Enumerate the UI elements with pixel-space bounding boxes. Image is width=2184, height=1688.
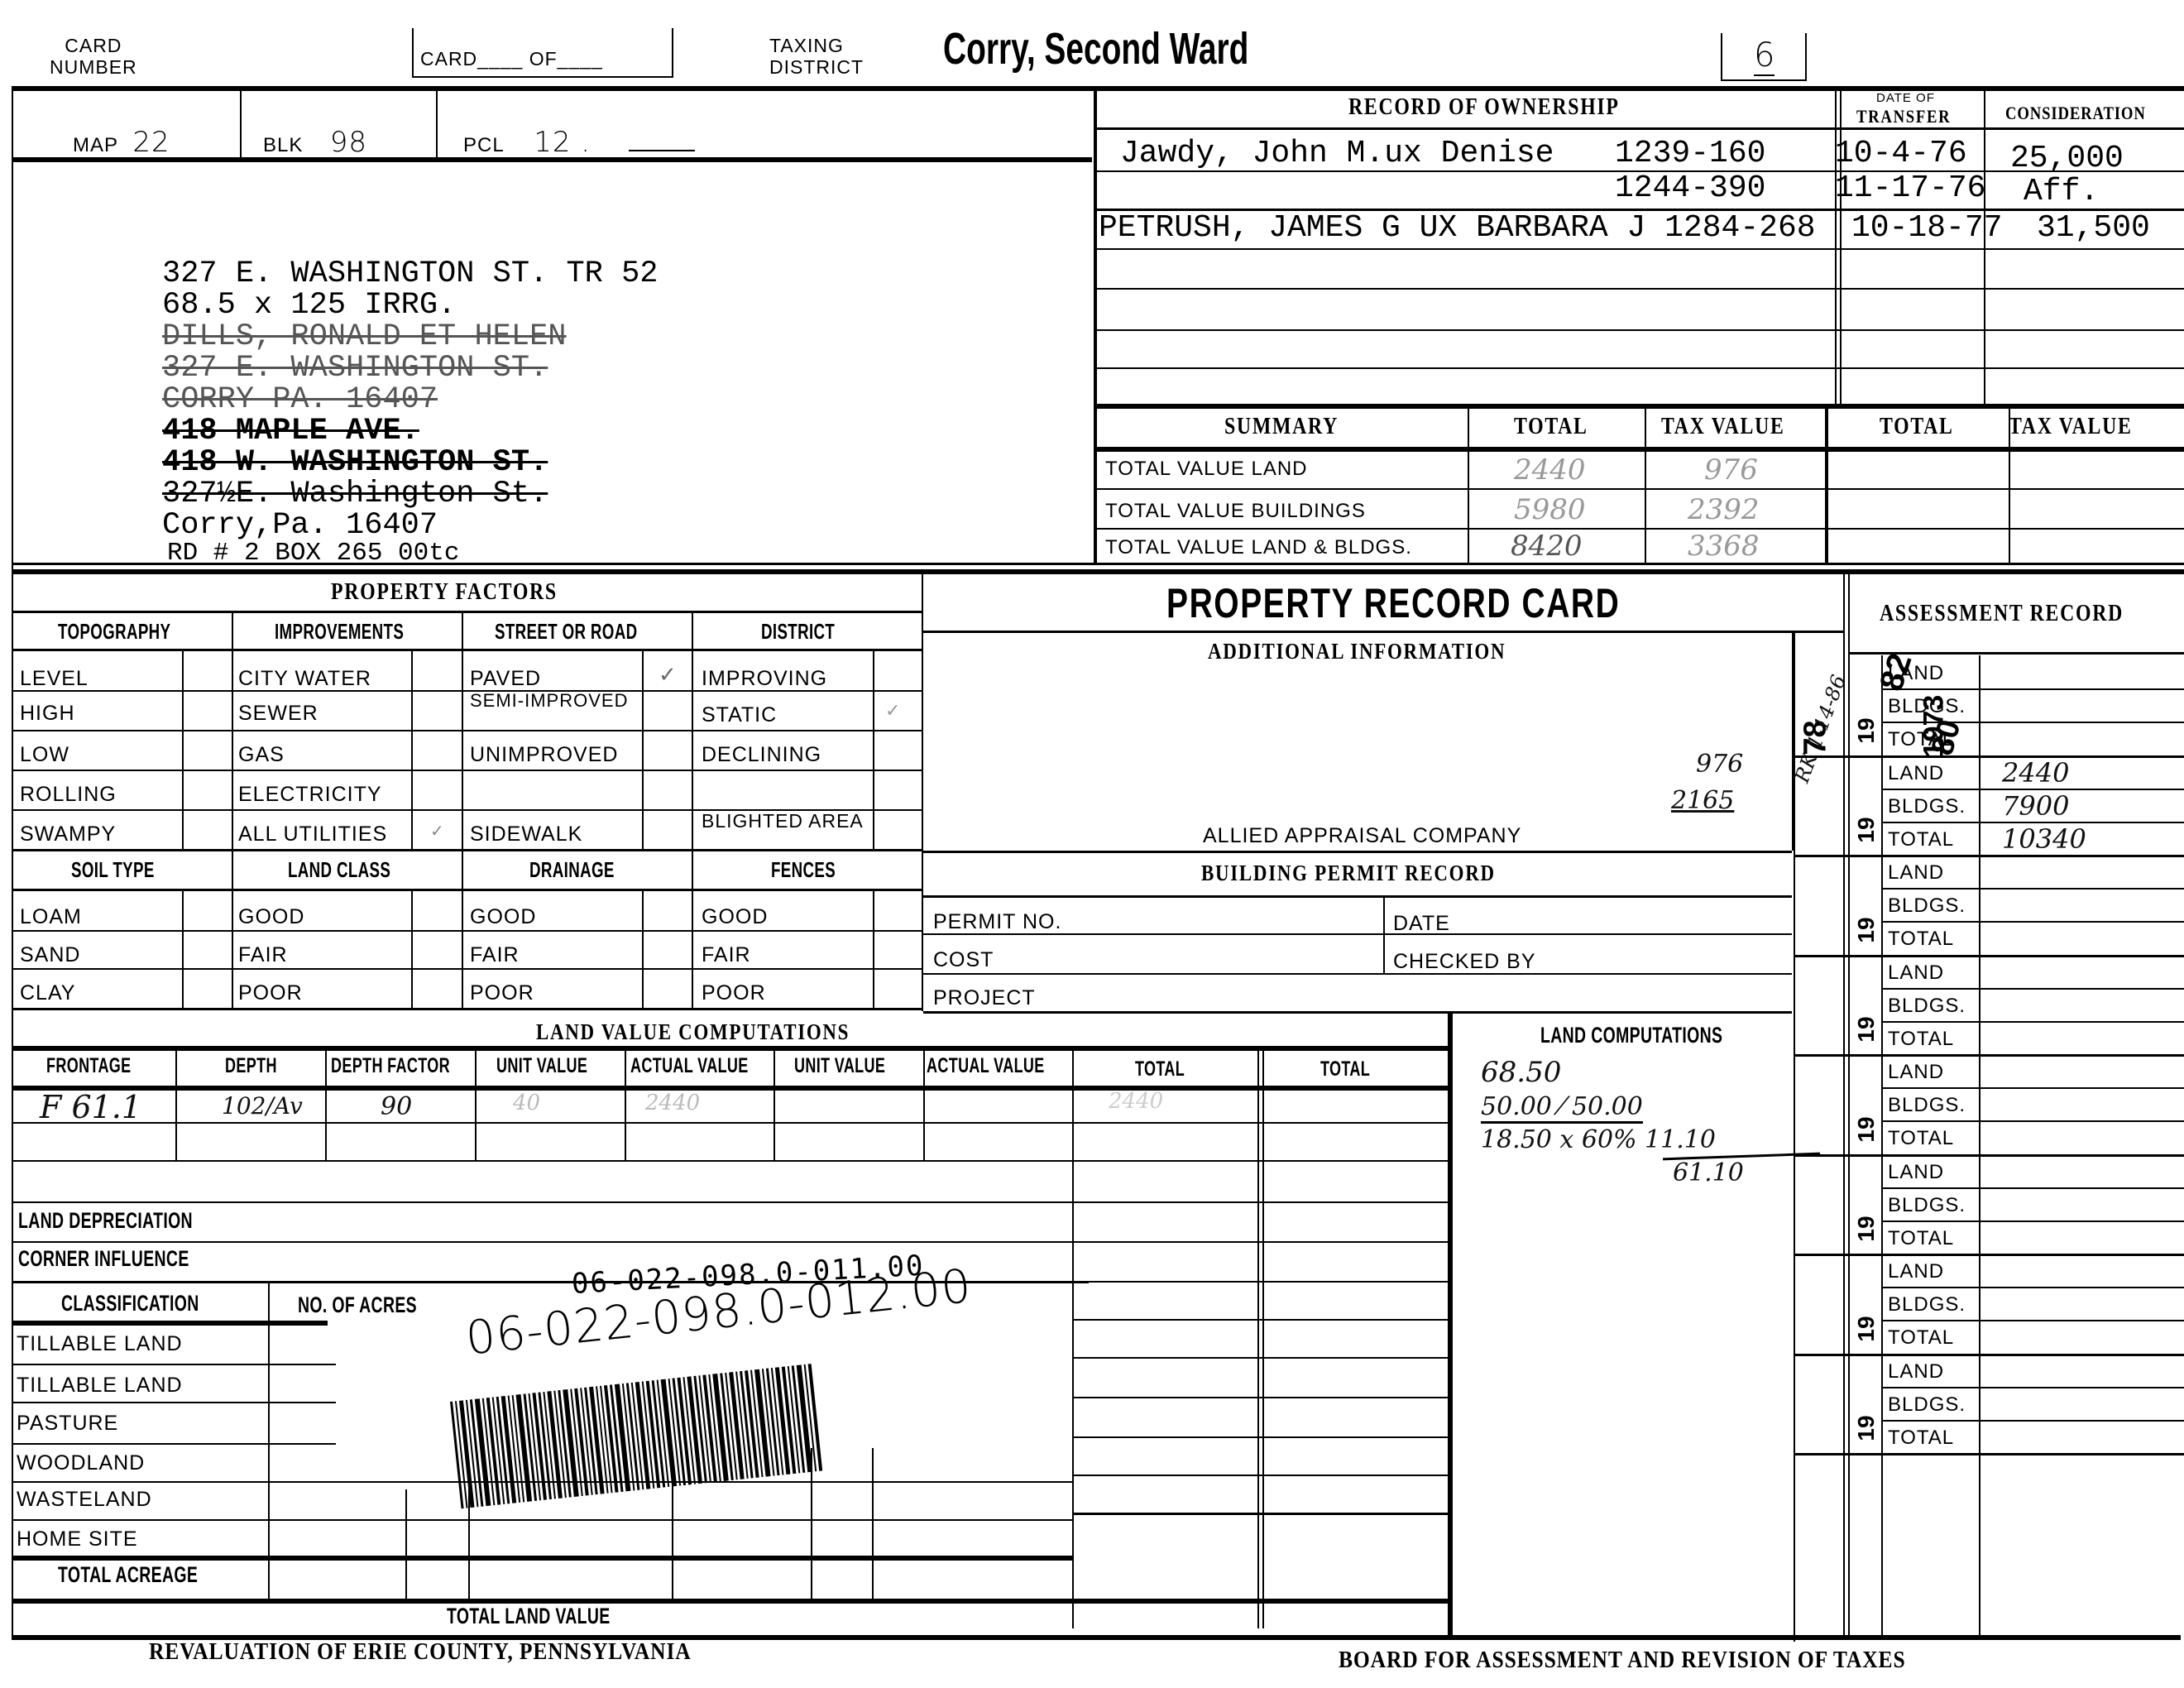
rule	[13, 611, 922, 613]
classification-item: WASTELAND	[17, 1488, 152, 1512]
divider	[642, 650, 644, 850]
rule	[1881, 1387, 2184, 1388]
assessment-label: TOTAL	[1888, 728, 1954, 751]
divider	[642, 890, 644, 1009]
assessment-label: LAND	[1888, 861, 1944, 885]
total-acreage-label: TOTAL ACREAGE	[58, 1562, 198, 1588]
address-line-struck: DILLS, RONALD ET HELEN	[162, 321, 659, 352]
rule	[13, 1086, 1448, 1091]
summary-col-total: TOTAL	[1514, 414, 1588, 440]
assessment-label: BLDGS.	[1888, 1194, 1966, 1217]
assessment-label: BLDGS.	[1888, 1393, 1966, 1417]
rule	[1794, 755, 2184, 758]
appraisal-company: ALLIED APPRAISAL COMPANY	[1203, 824, 1521, 848]
rule	[1881, 988, 2184, 990]
rule	[1881, 688, 2184, 690]
assessment-label: TOTAL	[1888, 1127, 1954, 1150]
rule	[923, 851, 1792, 853]
drainage-header: DRAINAGE	[529, 857, 615, 883]
assessment-label: BLDGS.	[1888, 1293, 1966, 1316]
district-header: DISTRICT	[761, 619, 835, 645]
factor-item[interactable]: FAIR	[238, 943, 288, 967]
assessment-label: LAND	[1888, 1161, 1944, 1184]
checkmark-icon[interactable]: ✓	[659, 662, 678, 688]
classification-item: PASTURE	[17, 1412, 118, 1436]
divider	[411, 650, 413, 850]
address-line-struck: 418 W. WASHINGTON ST.	[162, 447, 659, 478]
rule	[1881, 1187, 2184, 1189]
factor-item[interactable]: FAIR	[470, 943, 520, 967]
date-of-label: DATE OF	[1876, 91, 1935, 105]
land-value-title: LAND VALUE COMPUTATIONS	[536, 1019, 850, 1045]
rule	[1072, 1475, 1448, 1476]
year-prefix: 19	[1853, 1312, 1880, 1345]
summary-land-tax: 976	[1704, 453, 1758, 487]
rule	[1881, 1420, 2184, 1422]
divider	[1468, 405, 1469, 563]
checkmark-icon[interactable]: ✓	[885, 700, 901, 722]
pcl-label: PCL	[463, 134, 505, 156]
rule	[1881, 1087, 2184, 1089]
factor-item[interactable]: BLIGHTED AREA	[702, 811, 867, 831]
summary-row-label: TOTAL VALUE LAND & BLDGS.	[1105, 536, 1412, 559]
rule	[1072, 1281, 1448, 1283]
rule	[1881, 1287, 2184, 1288]
deed-ref: 1239-160	[1615, 136, 1765, 171]
assessment-label: LAND	[1888, 762, 1944, 785]
ownership-title: RECORD OF OWNERSHIP	[1348, 94, 1620, 121]
divider	[405, 1489, 407, 1600]
improvements-header: IMPROVEMENTS	[275, 619, 404, 645]
assessment-label: LAND	[1888, 662, 1944, 685]
rule	[1794, 1154, 2184, 1157]
map-value: 22	[118, 126, 184, 161]
divider	[923, 1049, 925, 1162]
permit-project-field[interactable]: PROJECT	[933, 986, 1036, 1010]
divider	[12, 573, 13, 1640]
assessment-label: BLDGS.	[1888, 995, 1966, 1018]
divider	[462, 612, 463, 1009]
divider	[873, 890, 874, 1009]
divider	[475, 1049, 477, 1162]
year-prefix: 19	[1853, 1412, 1880, 1445]
taxing-district-label: TAXING DISTRICT	[769, 35, 864, 78]
rule	[1794, 1453, 2184, 1455]
land-depreciation-label: LAND DEPRECIATION	[18, 1208, 193, 1234]
address-line-struck: 327 E. WASHINGTON ST.	[162, 352, 659, 384]
factor-item[interactable]: GOOD	[238, 905, 304, 929]
rule	[13, 849, 922, 851]
rule	[13, 1241, 1448, 1243]
card-of-box[interactable]: CARD____ OF____	[412, 28, 673, 78]
col-total-2: TOTAL	[1320, 1057, 1370, 1081]
divider	[232, 612, 233, 1009]
summary-land-total: 2440	[1514, 453, 1586, 487]
district-code: 6	[1754, 36, 1774, 76]
transfer-date: 10-18-77	[1851, 210, 2002, 246]
divider	[325, 1049, 327, 1162]
blk-field[interactable]: BLK98	[263, 126, 394, 161]
divider	[625, 1049, 626, 1162]
rule	[12, 157, 1092, 162]
rule	[1881, 1021, 2184, 1023]
summary-col-tax-value-2: TAX VALUE	[2009, 414, 2133, 440]
depth-value: 102/Av	[222, 1092, 303, 1120]
factor-item[interactable]: GOOD	[470, 905, 536, 929]
consideration: 31,500	[2037, 210, 2150, 246]
address-line-struck: 418 MAPLE AVE.	[162, 415, 659, 447]
consideration: Aff.	[2024, 174, 2099, 209]
rule	[13, 1122, 1448, 1124]
rule	[1881, 1120, 2184, 1122]
rule	[1072, 1513, 1448, 1515]
factor-item[interactable]: ELECTRICITY	[238, 783, 382, 807]
rule	[12, 569, 2184, 574]
rule	[1097, 528, 2184, 530]
divider	[872, 1448, 874, 1600]
deed-ref: 1284-268	[1664, 210, 1815, 246]
rule	[1881, 921, 2184, 923]
year-prefix: 19	[1853, 914, 1880, 947]
map-field[interactable]: MAP22	[73, 126, 184, 161]
computation-line: 61.10	[1673, 1158, 1744, 1187]
transfer-date: 10-4-76	[1835, 136, 1967, 171]
card-number-label: CARD NUMBER	[50, 35, 137, 78]
consideration-header: CONSIDERATION	[2005, 103, 2146, 124]
col-depth: DEPTH	[225, 1054, 277, 1078]
rule	[1794, 955, 2184, 957]
assessment-label: BLDGS.	[1888, 1094, 1966, 1117]
assessment-label: LAND	[1888, 1061, 1944, 1084]
divider	[182, 650, 184, 850]
rule	[1072, 1397, 1448, 1398]
rule	[13, 1519, 1072, 1521]
summary-col-tax-value: TAX VALUE	[1661, 414, 1785, 440]
assessment-label: BLDGS.	[1888, 695, 1966, 718]
classification-item: HOME SITE	[17, 1527, 138, 1551]
factor-item[interactable]: ALL UTILITIES	[238, 822, 387, 846]
assessment-label: TOTAL	[1888, 1028, 1954, 1051]
divider	[1984, 89, 1985, 404]
summary-row-label: TOTAL VALUE LAND	[1105, 458, 1308, 481]
divider	[1794, 632, 1795, 1642]
checkmark-icon[interactable]: ✓	[430, 821, 445, 842]
divider	[175, 1049, 177, 1162]
divider	[922, 573, 923, 1011]
assessment-label: BLDGS.	[1888, 795, 1966, 818]
divider	[1072, 1049, 1074, 1628]
assessment-label: LAND	[1888, 1360, 1944, 1383]
factor-item[interactable]: SIDEWALK	[470, 822, 582, 846]
assessment-label: BLDGS.	[1888, 894, 1966, 918]
assessment-value: 7900	[2002, 790, 2069, 822]
divider	[1848, 573, 1850, 1640]
rule	[1097, 488, 2184, 490]
rule	[1881, 1320, 2184, 1321]
assessment-label: TOTAL	[1888, 1326, 1954, 1350]
assessment-label: TOTAL	[1888, 828, 1954, 851]
summary-combined-tax: 3368	[1688, 530, 1760, 563]
computation-line: 50.00 ⁄ 50.00	[1481, 1092, 1643, 1124]
card-of-label: CARD____ OF____	[420, 48, 603, 70]
divider	[773, 1049, 775, 1162]
rule	[1794, 855, 2184, 857]
rule	[1794, 1354, 2184, 1356]
address-line: 68.5 x 125 IRRG.	[162, 290, 659, 321]
fences-header: FENCES	[771, 857, 836, 883]
year-prefix: 19	[1853, 1013, 1880, 1046]
rule	[13, 1599, 1448, 1604]
col-actual-value-2: ACTUAL VALUE	[927, 1054, 1045, 1078]
divider	[1383, 897, 1385, 973]
street-road-header: STREET OR ROAD	[495, 619, 637, 645]
year-prefix: 19	[1853, 1212, 1880, 1245]
rule	[13, 1443, 336, 1445]
divider	[1094, 89, 1097, 564]
divider	[1881, 655, 1883, 1640]
permit-date-field[interactable]: DATE	[1393, 912, 1450, 936]
rule	[13, 1008, 922, 1010]
taxing-district-value: Corry, Second Ward	[943, 23, 1248, 74]
map-label: MAP	[73, 134, 118, 156]
rule	[13, 889, 922, 891]
assessment-label: TOTAL	[1888, 928, 1954, 951]
col-actual-value: ACTUAL VALUE	[630, 1054, 749, 1078]
rule	[1072, 1319, 1448, 1321]
transfer-header: TRANSFER	[1856, 106, 1951, 127]
rule	[12, 563, 2184, 565]
soil-type-header: SOIL TYPE	[71, 857, 155, 883]
building-permit-title: BUILDING PERMIT RECORD	[1201, 861, 1496, 886]
factor-item[interactable]: DECLINING	[702, 743, 821, 767]
rule	[923, 1011, 1792, 1014]
corner-influence-label: CORNER INFLUENCE	[18, 1246, 189, 1272]
factor-item[interactable]: ROLLING	[20, 783, 117, 807]
rule	[1794, 1254, 2184, 1256]
card-number-line1: CARD	[50, 35, 137, 56]
owner-name: PETRUSH, JAMES G UX BARBARA J	[1099, 210, 1645, 246]
assessment-title: ASSESSMENT RECORD	[1880, 601, 2124, 627]
factor-item[interactable]: POOR	[702, 981, 766, 1005]
total-value: 2440	[1109, 1089, 1163, 1114]
assessment-label: LAND	[1888, 1260, 1944, 1283]
factor-item-label: SEMI-IMPROVED	[470, 692, 635, 710]
factor-item-semi-improved[interactable]: SEMI-IMPROVED	[470, 692, 644, 710]
rule	[1097, 288, 2184, 290]
rule	[13, 1556, 1072, 1561]
rule	[13, 1160, 1448, 1162]
factor-item[interactable]: PAVED	[470, 667, 541, 691]
factor-item[interactable]: GOOD	[702, 905, 768, 929]
rule	[13, 649, 922, 651]
rule	[13, 968, 922, 970]
computation-line: 68.50	[1481, 1056, 1561, 1089]
summary-bldg-total: 5980	[1514, 493, 1586, 526]
factor-item[interactable]: UNIMPROVED	[470, 743, 618, 767]
acres-header: NO. OF ACRES	[298, 1292, 417, 1318]
factor-item[interactable]: SWAMPY	[20, 822, 116, 846]
classification-item: WOODLAND	[17, 1451, 145, 1475]
rule	[13, 1364, 336, 1365]
land-computations-title: LAND COMPUTATIONS	[1540, 1023, 1722, 1048]
pcl-field[interactable]: PCL12 .	[463, 126, 695, 161]
pcl-value: 12 .	[505, 126, 620, 161]
rule	[1072, 1357, 1448, 1359]
factor-item[interactable]: IMPROVING	[702, 667, 827, 691]
address-line: Corry,Pa. 16407	[162, 510, 659, 541]
rule	[1794, 1054, 2184, 1057]
permit-no-field[interactable]: PERMIT NO.	[933, 910, 1061, 934]
classification-item: TILLABLE LAND	[17, 1374, 183, 1398]
frontage-value: F 61.1	[40, 1089, 141, 1125]
rule	[13, 770, 922, 771]
rule	[1881, 1220, 2184, 1222]
divider	[1825, 405, 1828, 563]
assessment-value: 2440	[2002, 757, 2069, 789]
owner-row-3: PETRUSH, JAMES G UX BARBARA J 1284-268	[1099, 210, 1816, 246]
col-unit-value-2: UNIT VALUE	[794, 1054, 885, 1078]
summary-combined-total: 8420	[1511, 530, 1583, 563]
assessment-label: TOTAL	[1888, 1427, 1954, 1450]
rule	[1097, 329, 2184, 331]
depth-factor-value: 90	[381, 1092, 412, 1121]
rule	[1072, 1436, 1448, 1438]
classification-item: TILLABLE LAND	[17, 1332, 183, 1356]
blk-label: BLK	[263, 134, 303, 156]
summary-row-label: TOTAL VALUE BUILDINGS	[1105, 500, 1366, 523]
topography-header: TOPOGRAPHY	[58, 619, 170, 645]
divider	[240, 89, 242, 159]
factor-item[interactable]: CLAY	[20, 981, 75, 1005]
factor-item[interactable]: POOR	[238, 981, 303, 1005]
factor-item[interactable]: LEVEL	[20, 667, 89, 691]
address-line-struck: 327½E. Washington St.	[162, 478, 659, 510]
handwritten-note: 976	[1696, 750, 1743, 779]
divider	[1645, 405, 1646, 563]
unit-value: 40	[513, 1091, 540, 1115]
factor-item[interactable]: CITY WATER	[238, 667, 371, 691]
rule	[13, 730, 922, 731]
col-total: TOTAL	[1135, 1057, 1185, 1081]
rule	[1881, 722, 2184, 723]
factor-item[interactable]: LOW	[20, 743, 69, 767]
taxing-district-line2: DISTRICT	[769, 56, 864, 78]
year-prefix: 19	[1853, 714, 1880, 747]
blk-value: 98	[303, 126, 394, 161]
actual-value: 2440	[645, 1091, 700, 1115]
divider	[1262, 1049, 1264, 1628]
classification-header: CLASSIFICATION	[61, 1291, 199, 1316]
rule	[13, 1321, 328, 1326]
barcode-icon	[450, 1364, 825, 1508]
col-unit-value: UNIT VALUE	[496, 1054, 587, 1078]
card-number-line2: NUMBER	[50, 56, 137, 78]
footer-right: BOARD FOR ASSESSMENT AND REVISION OF TAX…	[1339, 1647, 1906, 1674]
rule	[923, 973, 1792, 975]
rule	[1097, 404, 2184, 409]
factor-item[interactable]: FAIR	[702, 943, 751, 967]
divider	[692, 612, 693, 1009]
transfer-date: 11-17-76	[1835, 170, 1985, 206]
district-code-box: 6	[1721, 33, 1807, 81]
additional-info-title: ADDITIONAL INFORMATION	[1208, 639, 1506, 664]
rule	[1097, 447, 2184, 452]
year-prefix: 19	[1853, 1113, 1880, 1146]
factor-item[interactable]: HIGH	[20, 702, 75, 726]
assessment-value: 10340	[2002, 823, 2086, 855]
summary-bldg-tax: 2392	[1688, 493, 1760, 526]
taxing-district-line1: TAXING	[769, 35, 864, 56]
factor-item[interactable]: SEWER	[238, 702, 318, 726]
rule	[1881, 888, 2184, 890]
divider	[1257, 1049, 1259, 1628]
divider	[182, 890, 184, 1009]
divider	[1451, 1011, 1453, 1640]
assessment-label: TOTAL	[1888, 1227, 1954, 1250]
permit-cost-field[interactable]: COST	[933, 948, 994, 972]
rule	[1097, 248, 2184, 250]
computation-line: 18.50 x 60% 11.10	[1481, 1125, 1716, 1154]
address-line-struck: CORRY PA. 16407	[162, 384, 659, 415]
year-prefix: 19	[1853, 813, 1880, 846]
total-land-value-label: TOTAL LAND VALUE	[447, 1604, 611, 1629]
divider	[411, 890, 413, 1009]
divider	[436, 89, 438, 159]
rule	[923, 933, 1792, 935]
rule	[13, 930, 922, 932]
land-class-header: LAND CLASS	[288, 857, 390, 883]
summary-col-total-2: TOTAL	[1880, 414, 1954, 440]
card-title: PROPERTY RECORD CARD	[1166, 579, 1620, 627]
divider	[1979, 655, 1980, 1640]
rule	[12, 86, 2184, 91]
rule	[1097, 127, 2184, 130]
address-block: 327 E. WASHINGTON ST. TR 52 68.5 x 125 I…	[162, 258, 659, 566]
rule	[923, 895, 1792, 898]
col-frontage: FRONTAGE	[46, 1054, 132, 1078]
property-factors-title: PROPERTY FACTORS	[331, 579, 558, 606]
factor-item[interactable]: GAS	[238, 743, 285, 767]
assessment-label: LAND	[1888, 961, 1944, 985]
address-line: 327 E. WASHINGTON ST. TR 52	[162, 258, 659, 290]
divider	[873, 650, 874, 850]
factor-item[interactable]: STATIC	[702, 703, 777, 727]
rule	[1097, 367, 2184, 369]
rule	[13, 1402, 336, 1403]
summary-title: SUMMARY	[1224, 414, 1339, 440]
rule	[923, 631, 1843, 633]
divider	[1843, 573, 1845, 1640]
handwritten-note: 2165	[1671, 786, 1734, 815]
divider	[12, 89, 13, 569]
factor-item[interactable]: LOAM	[20, 905, 82, 929]
factor-item[interactable]: POOR	[470, 981, 534, 1005]
factor-item[interactable]: SAND	[20, 943, 80, 967]
rule	[13, 1046, 1448, 1051]
footer-left: REVALUATION OF ERIE COUNTY, PENNSYLVANIA	[149, 1638, 692, 1666]
deed-ref: 1244-390	[1615, 170, 1765, 206]
divider	[268, 1283, 270, 1602]
rule	[13, 1201, 1448, 1203]
permit-checked-by-field[interactable]: CHECKED BY	[1393, 950, 1536, 974]
col-depth-factor: DEPTH FACTOR	[331, 1054, 450, 1078]
owner-name: Jawdy, John M.ux Denise	[1120, 136, 1554, 171]
